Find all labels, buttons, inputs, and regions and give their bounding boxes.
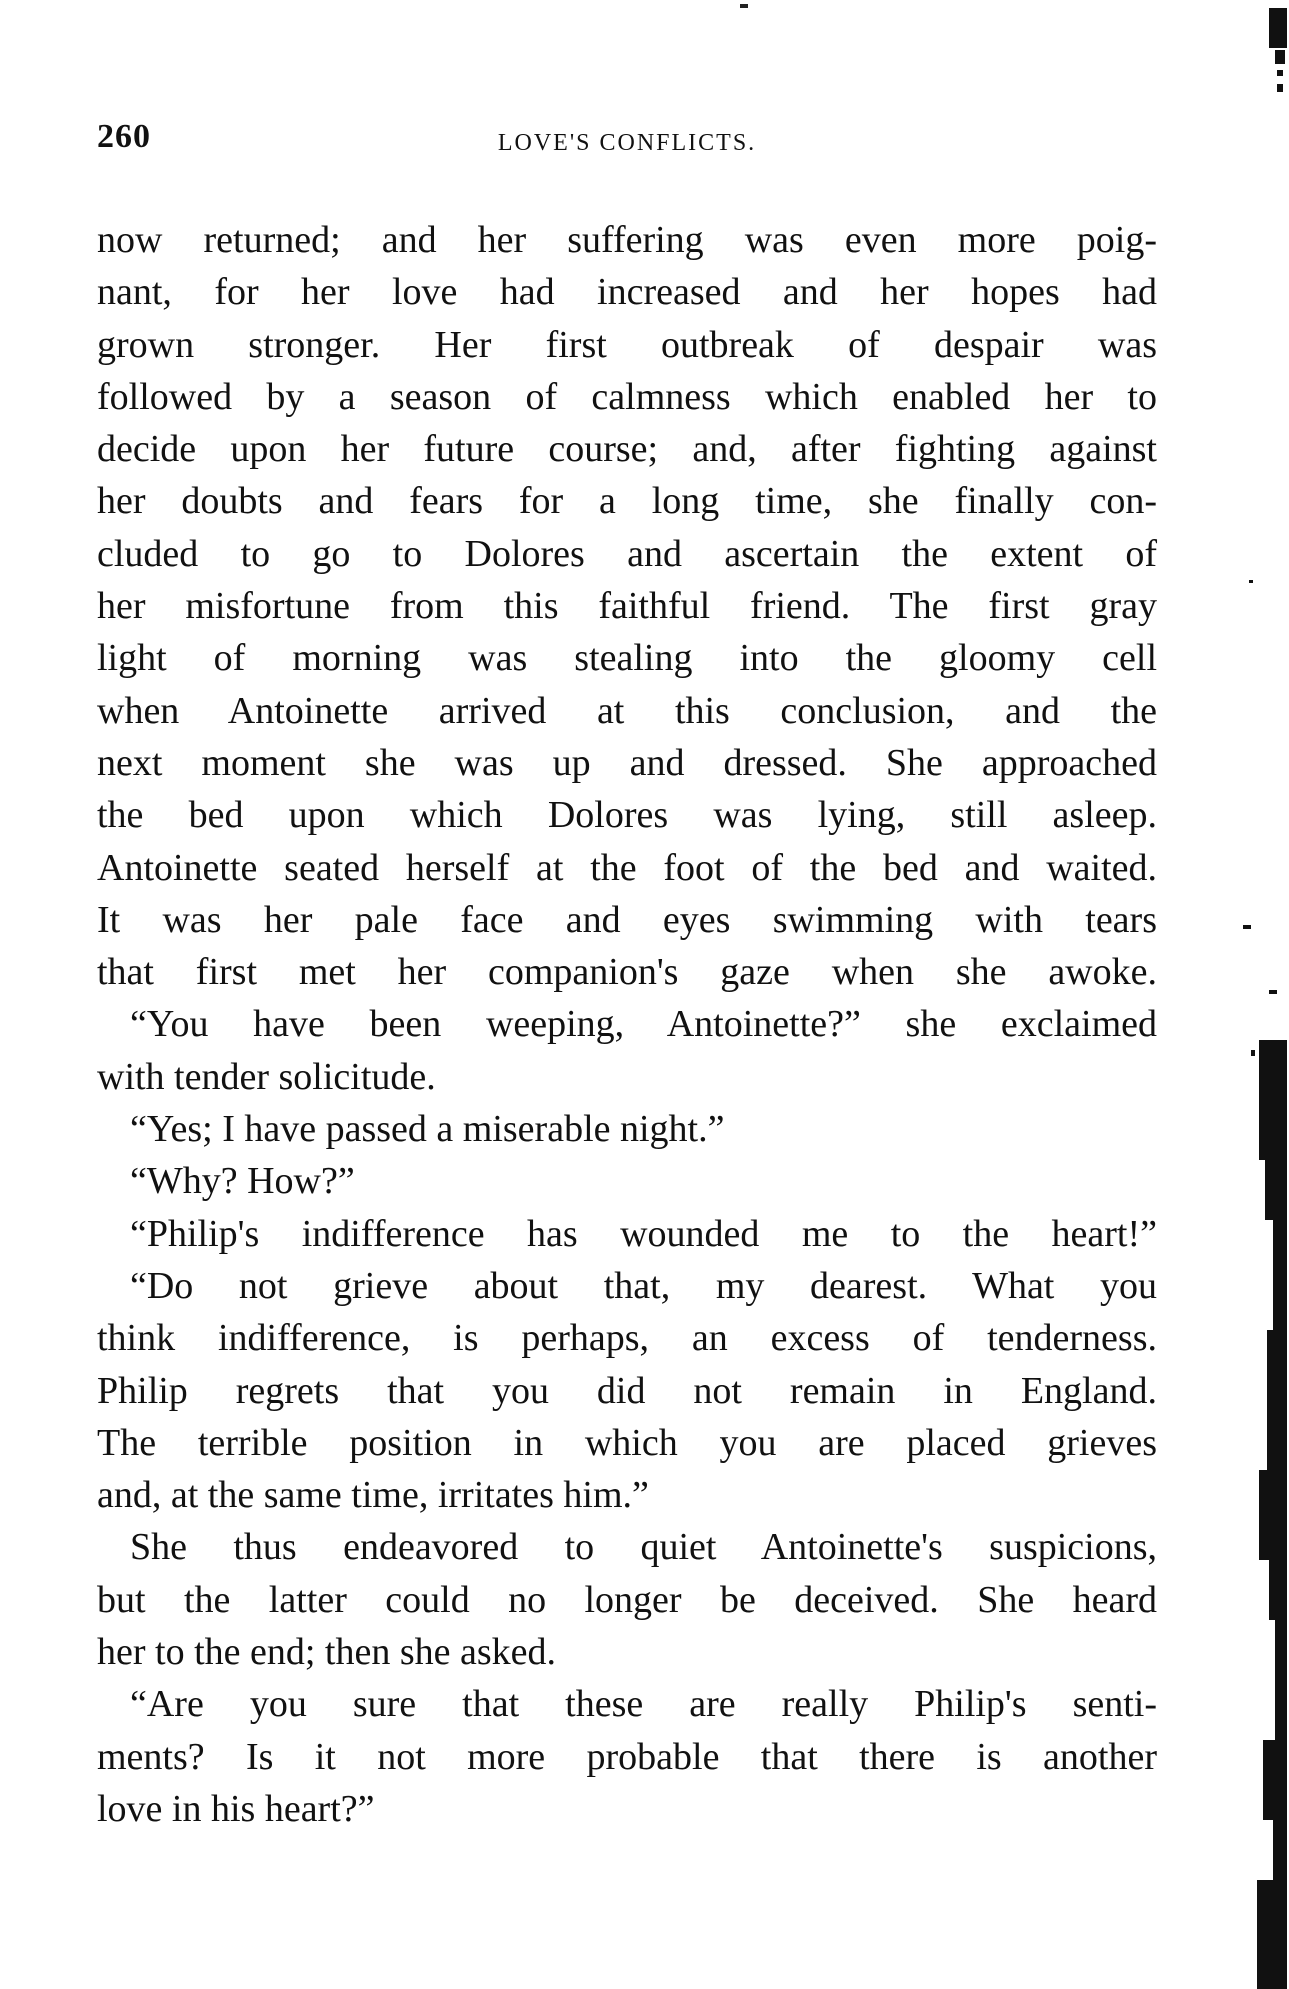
text-line: “Why? How?” (97, 1155, 1157, 1207)
text-line: Antoinette seated herself at the foot of… (97, 842, 1157, 894)
text-line: grown stronger. Her first outbreak of de… (97, 319, 1157, 371)
text-line: next moment she was up and dressed. She … (97, 737, 1157, 789)
running-head: 260 LOVE'S CONFLICTS. (97, 118, 1157, 168)
text-line: with tender solicitude. (97, 1051, 1157, 1103)
text-line: the bed upon which Dolores was lying, st… (97, 789, 1157, 841)
text-line: The terrible position in which you are p… (97, 1417, 1157, 1469)
text-line: when Antoinette arrived at this conclusi… (97, 685, 1157, 737)
text-line: decide upon her future course; and, afte… (97, 423, 1157, 475)
running-title: LOVE'S CONFLICTS. (97, 130, 1157, 157)
scan-speck (740, 4, 748, 8)
text-line: her misfortune from this faithful friend… (97, 580, 1157, 632)
text-line: “Are you sure that these are really Phil… (97, 1678, 1157, 1730)
text-line: cluded to go to Dolores and ascertain th… (97, 528, 1157, 580)
text-line: “You have been weeping, Antoinette?” she… (97, 998, 1157, 1050)
text-line: “Philip's indifference has wounded me to… (97, 1208, 1157, 1260)
text-line: followed by a season of calmness which e… (97, 371, 1157, 423)
scan-edge-noise (1229, 0, 1289, 1989)
book-page: 260 LOVE'S CONFLICTS. now returned; and … (0, 0, 1289, 1989)
text-line: love in his heart?” (97, 1783, 1157, 1835)
text-line: her doubts and fears for a long time, sh… (97, 475, 1157, 527)
text-line: “Yes; I have passed a miserable night.” (97, 1103, 1157, 1155)
text-line: “Do not grieve about that, my dearest. W… (97, 1260, 1157, 1312)
text-line: light of morning was stealing into the g… (97, 632, 1157, 684)
text-line: her to the end; then she asked. (97, 1626, 1157, 1678)
text-line: ments? Is it not more probable that ther… (97, 1731, 1157, 1783)
text-line: think indifference, is perhaps, an exces… (97, 1312, 1157, 1364)
body-text: now returned; and her suffering was even… (97, 214, 1157, 1835)
text-line: It was her pale face and eyes swimming w… (97, 894, 1157, 946)
text-line: now returned; and her suffering was even… (97, 214, 1157, 266)
text-line: nant, for her love had increased and her… (97, 266, 1157, 318)
text-line: Philip regrets that you did not remain i… (97, 1365, 1157, 1417)
text-line: and, at the same time, irritates him.” (97, 1469, 1157, 1521)
text-line: that first met her companion's gaze when… (97, 946, 1157, 998)
text-line: but the latter could no longer be deceiv… (97, 1574, 1157, 1626)
text-line: She thus endeavored to quiet Antoinette'… (97, 1521, 1157, 1573)
